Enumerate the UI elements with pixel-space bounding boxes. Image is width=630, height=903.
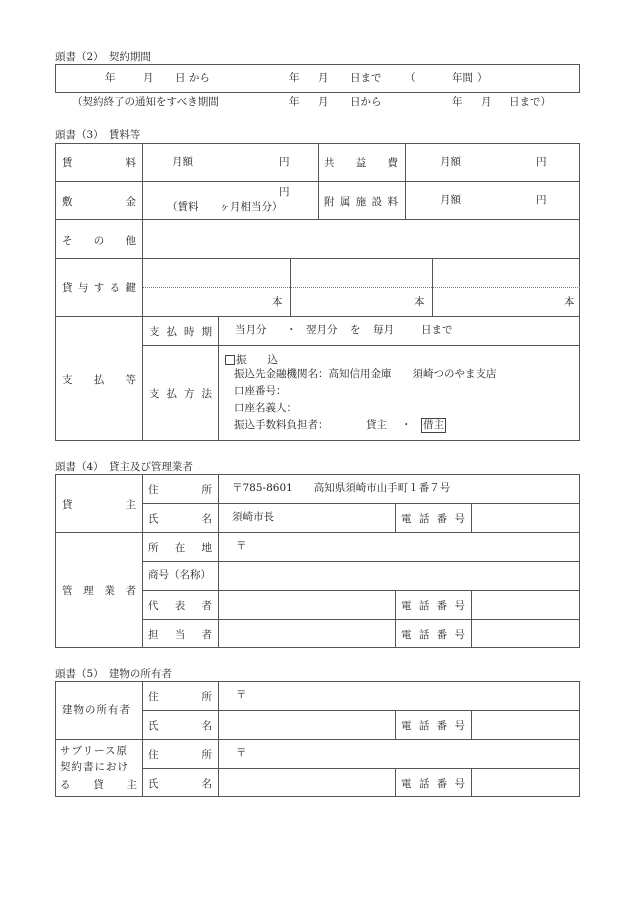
- rent-unit: 円: [279, 156, 290, 169]
- manager-representative-label: 代表者: [148, 598, 212, 613]
- rent-label: 賃料: [62, 155, 136, 170]
- paren-open: （: [405, 72, 416, 85]
- owner-address-label: 住所: [148, 689, 212, 704]
- facility-fee-unit: 円: [536, 194, 547, 207]
- section3-title: 頭書（3） 賃料等: [55, 127, 140, 142]
- bank-line: 振込先金融機関名：高知信用金庫 須崎つのやま支店: [234, 368, 497, 381]
- to-year-unit: 年: [289, 72, 300, 85]
- owner-phone-label: 電話番号: [401, 718, 465, 733]
- lessor-address-value: 〒785-8601 高知県須崎市山手町１番７号: [232, 482, 450, 495]
- sublease-label-line2: 契約書におけ: [60, 761, 129, 774]
- notice-from-day: 日から: [350, 96, 382, 109]
- manager-location-value: 〒: [236, 540, 247, 553]
- from-month-unit: 月: [143, 72, 154, 85]
- common-fee-unit: 円: [536, 156, 547, 169]
- fee-bearer-label: 振込手数料負担者：: [234, 419, 329, 432]
- to-month-unit: 月: [318, 72, 329, 85]
- keys-unit-1: 本: [272, 296, 283, 309]
- common-fee-label: 共益費: [324, 155, 398, 170]
- sublease-phone-label: 電話番号: [401, 776, 465, 791]
- other-label: その他: [62, 233, 136, 248]
- section5-title: 頭書（5） 建物の所有者: [55, 666, 172, 681]
- owner-address-value: 〒: [236, 689, 247, 702]
- notice-to-year: 年: [452, 96, 463, 109]
- to-day-unit: 日まで: [350, 72, 382, 85]
- sublease-name-label: 氏名: [148, 776, 212, 791]
- notice-from-year: 年: [289, 96, 300, 109]
- notice-from-month: 月: [318, 96, 329, 109]
- deposit-note: （賃料 ヶ月相当分）: [167, 201, 283, 214]
- deposit-label: 敷金: [62, 194, 136, 209]
- account-number-field: 口座番号：: [234, 385, 287, 398]
- common-fee-amount-prefix: 月額: [440, 156, 461, 169]
- lessor-label: 貸主: [62, 497, 136, 512]
- lessor-address-label: 住所: [148, 482, 212, 497]
- manager-trade-name-label: 商号（名称）: [148, 569, 211, 582]
- from-day-unit: 日 から: [175, 72, 210, 85]
- notice-to-day: 日まで）: [509, 96, 551, 109]
- transfer-label: 振 込: [236, 352, 278, 367]
- manager-representative-phone-label: 電話番号: [401, 598, 465, 613]
- account-holder-field: 口座名義人：: [234, 402, 297, 415]
- paren-close: ）: [477, 72, 488, 85]
- owner-label: 建物の所有者: [62, 704, 131, 717]
- lessor-name-value: 須崎市長: [232, 511, 274, 524]
- payment-method-label: 支払方法: [149, 386, 212, 401]
- transfer-checkbox-row[interactable]: 振 込: [225, 352, 278, 367]
- from-year-unit: 年: [105, 72, 116, 85]
- manager-location-label: 所在地: [148, 540, 212, 555]
- years-unit: 年間: [452, 72, 473, 85]
- section2-title: 頭書（2） 契約期間: [55, 49, 151, 64]
- sublease-address-value: 〒: [236, 747, 247, 760]
- sublease-label-line3: る貸主: [60, 777, 137, 792]
- owner-name-label: 氏名: [148, 718, 212, 733]
- keys-label: 貸与する鍵: [62, 280, 136, 295]
- manager-contact-label: 担当者: [148, 627, 212, 642]
- rent-amount-prefix: 月額: [172, 156, 193, 169]
- manager-label: 管理業者: [62, 583, 136, 598]
- checkbox-icon[interactable]: [225, 355, 235, 365]
- facility-fee-label: 附属施設料: [324, 194, 398, 209]
- manager-contact-phone-label: 電話番号: [401, 627, 465, 642]
- payment-timing-label: 支払時期: [149, 324, 212, 339]
- sublease-label-line1: サブリース原: [60, 745, 128, 758]
- fee-bearer-lessee-selected[interactable]: 借主: [421, 418, 446, 433]
- payment-label: 支払等: [62, 372, 136, 387]
- keys-unit-2: 本: [414, 296, 425, 309]
- notice-to-month: 月: [481, 96, 492, 109]
- fee-bearer-lessor[interactable]: 貸主: [366, 419, 387, 432]
- fee-bearer-separator: ・: [401, 419, 412, 432]
- deposit-unit: 円: [279, 186, 290, 199]
- lessor-phone-label: 電話番号: [401, 511, 465, 526]
- facility-fee-amount-prefix: 月額: [440, 194, 461, 207]
- sublease-address-label: 住所: [148, 747, 212, 762]
- notice-prefix: （契約終了の通知をすべき期間: [72, 96, 219, 109]
- lessor-name-label: 氏名: [148, 511, 212, 526]
- section4-title: 頭書（4） 貸主及び管理業者: [55, 459, 193, 474]
- keys-unit-3: 本: [564, 296, 575, 309]
